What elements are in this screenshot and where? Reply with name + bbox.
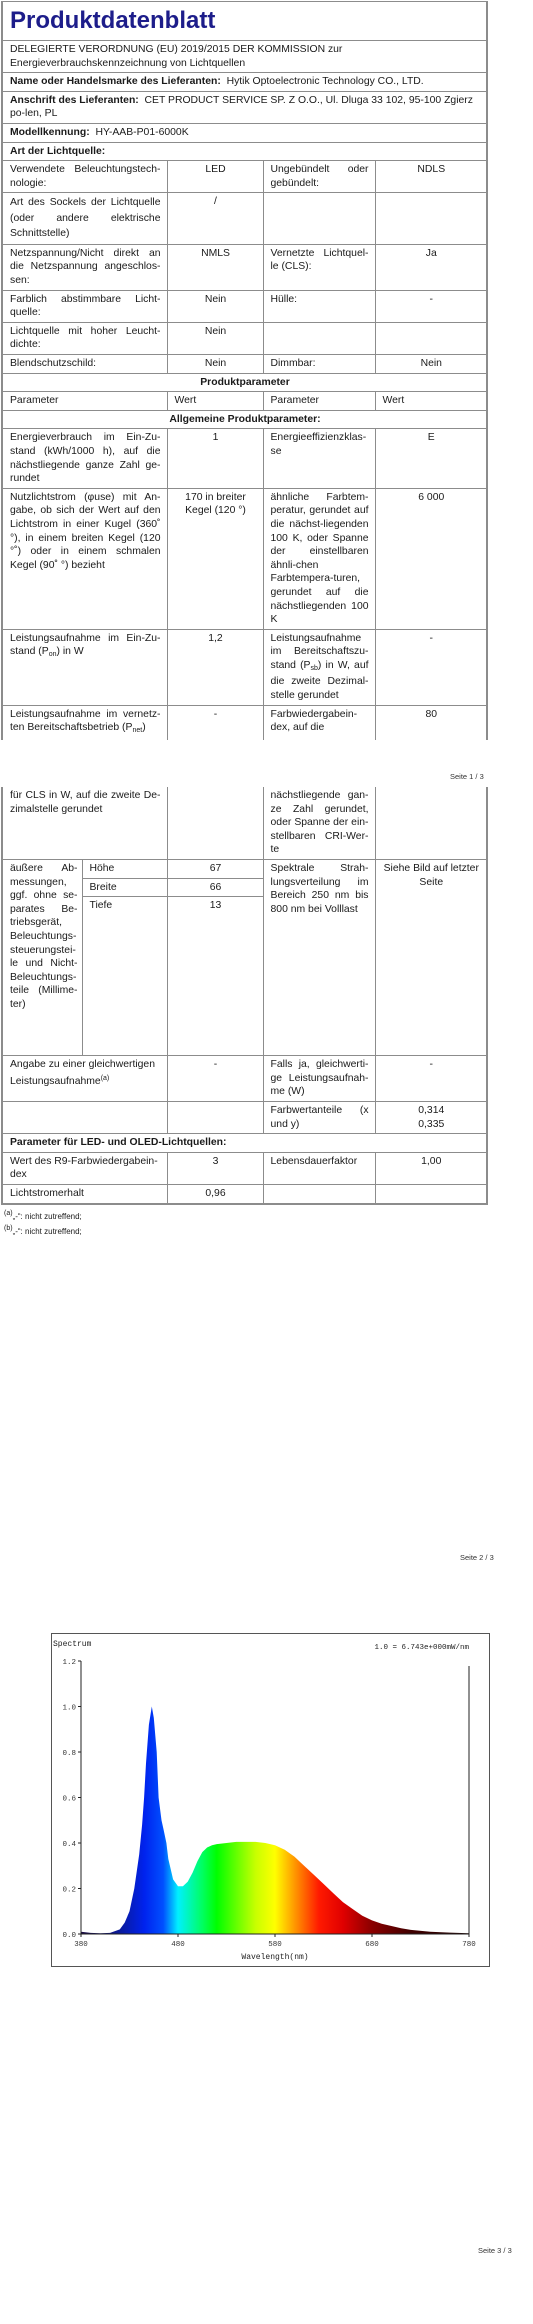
param-cell: nächstliegende gan-ze Zahl gerundet, ode… bbox=[263, 787, 375, 859]
value-cell: NMLS bbox=[167, 244, 263, 290]
section-led-parameters: Parameter für LED- und OLED-Lichtquellen… bbox=[2, 1134, 487, 1153]
section-general-parameters: Allgemeine Produktparameter: bbox=[2, 410, 487, 429]
param-row: für CLS in W, auf die zweite De-zimalste… bbox=[2, 787, 487, 859]
param-cell: Energieeffizienzklas-se bbox=[263, 429, 375, 488]
param-cell: Spektrale Strah-lungsverteilung im Berei… bbox=[263, 859, 375, 1055]
value-cell: 0,96 bbox=[167, 1184, 263, 1203]
param-cell: Lichtquelle mit hoher Leucht-dichte: bbox=[2, 322, 167, 354]
regulation-line-2: Energieverbrauchskennzeichnung von Licht… bbox=[10, 57, 480, 71]
datasheet-table-page-2: für CLS in W, auf die zweite De-zimalste… bbox=[1, 787, 488, 1205]
dimension-name: Breite bbox=[82, 878, 167, 897]
x-tick-label: 380 bbox=[74, 1941, 88, 1949]
supplier-address-label: Anschrift des Lieferanten: bbox=[10, 95, 139, 106]
value-cell: 3 bbox=[167, 1152, 263, 1184]
light-source-row: Blendschutzschild: Nein Dimmbar: Nein bbox=[2, 355, 487, 374]
value-cell: Nein bbox=[167, 290, 263, 322]
value-cell bbox=[375, 193, 487, 245]
page-2: für CLS in W, auf die zweite De-zimalste… bbox=[0, 787, 533, 1238]
param-cell bbox=[263, 322, 375, 354]
param-cell: Hülle: bbox=[263, 290, 375, 322]
y-tick-label: 0.0 bbox=[62, 1932, 76, 1940]
param-row: Leistungsaufnahme im Ein-Zu-stand (Pon) … bbox=[2, 629, 487, 705]
value-cell bbox=[167, 787, 263, 859]
param-row: Nutzlichtstrom (φuse) mit An-gabe, ob si… bbox=[2, 488, 487, 629]
value-cell: 1,00 bbox=[375, 1152, 487, 1184]
value-cell: - bbox=[375, 290, 487, 322]
supplier-name-value: Hytik Optoelectronic Technology CO., LTD… bbox=[227, 76, 424, 87]
param-cell: Leistungsaufnahme im Ein-Zu-stand (Pon) … bbox=[2, 629, 167, 705]
param-cell: Vernetzte Lichtquel-le (CLS): bbox=[263, 244, 375, 290]
value-cell: Nein bbox=[167, 355, 263, 374]
y-tick-label: 0.4 bbox=[62, 1841, 76, 1849]
value-cell: Ja bbox=[375, 244, 487, 290]
footnote-b: (b)„-“: nicht zutreffend; bbox=[4, 1223, 533, 1238]
value-cell: 0,314 0,335 bbox=[375, 1101, 487, 1133]
param-cell: Falls ja, gleichwerti-ge Leistungsaufnah… bbox=[263, 1056, 375, 1102]
y-tick-label: 1.2 bbox=[62, 1659, 76, 1667]
param-cell: Wert des R9-Farbwiedergabein-dex bbox=[2, 1152, 167, 1184]
param-cell bbox=[263, 1184, 375, 1203]
x-axis-label: Wavelength(nm) bbox=[241, 1953, 308, 1962]
light-source-row: Netzspannung/Nicht direkt an die Netzspa… bbox=[2, 244, 487, 290]
model-label: Modellkennung: bbox=[10, 127, 90, 138]
value-cell bbox=[375, 787, 487, 859]
value-cell bbox=[167, 1101, 263, 1133]
param-cell: Art des Sockels der Lichtquelle (oder an… bbox=[2, 193, 167, 245]
table-header-row: Parameter Wert Parameter Wert bbox=[2, 392, 487, 411]
param-cell: Farblich abstimmbare Licht-quelle: bbox=[2, 290, 167, 322]
value-cell bbox=[375, 322, 487, 354]
x-tick-label: 780 bbox=[462, 1941, 476, 1949]
param-row: Wert des R9-Farbwiedergabein-dex 3 Leben… bbox=[2, 1152, 487, 1184]
dimensions-row: äußere Ab-messungen, ggf. ohne se-parate… bbox=[2, 859, 487, 878]
section-product-parameters: Produktparameter bbox=[2, 373, 487, 392]
light-source-row: Lichtquelle mit hoher Leucht-dichte: Nei… bbox=[2, 322, 487, 354]
param-cell bbox=[263, 193, 375, 245]
dimensions-label: äußere Ab-messungen, ggf. ohne se-parate… bbox=[2, 859, 82, 1055]
document-title: Produktdatenblatt bbox=[2, 2, 487, 41]
y-tick-label: 0.8 bbox=[62, 1750, 76, 1758]
dimension-name: Tiefe bbox=[82, 897, 167, 1056]
light-source-row: Verwendete Beleuchtungstech-nologie: LED… bbox=[2, 161, 487, 193]
param-cell: Farbwiedergabein-dex, auf die bbox=[263, 705, 375, 740]
model-value: HY-AAB-P01-6000K bbox=[95, 127, 188, 138]
supplier-address-row: Anschrift des Lieferanten: CET PRODUCT S… bbox=[2, 91, 487, 123]
dimension-value: 66 bbox=[167, 878, 263, 897]
footnote-a: (a)„-“: nicht zutreffend; bbox=[4, 1208, 533, 1223]
chart-title: Spectrum bbox=[53, 1640, 92, 1649]
x-tick-label: 580 bbox=[268, 1941, 282, 1949]
light-source-type-label: Art der Lichtquelle: bbox=[2, 142, 487, 161]
page-number-2: Seite 2 / 3 bbox=[460, 1553, 494, 1562]
y-tick-label: 1.0 bbox=[62, 1705, 76, 1713]
page-number-1: Seite 1 / 3 bbox=[450, 772, 484, 781]
spectrum-area bbox=[81, 1707, 469, 1935]
value-cell: Nein bbox=[375, 355, 487, 374]
page-number-3: Seite 3 / 3 bbox=[478, 2246, 512, 2255]
supplier-name-row: Name oder Handelsmarke des Lieferanten: … bbox=[2, 73, 487, 92]
value-cell: - bbox=[167, 705, 263, 740]
param-cell: Lichtstromerhalt bbox=[2, 1184, 167, 1203]
light-source-row: Farblich abstimmbare Licht-quelle: Nein … bbox=[2, 290, 487, 322]
value-cell: LED bbox=[167, 161, 263, 193]
header-value: Wert bbox=[167, 392, 263, 411]
param-cell: für CLS in W, auf die zweite De-zimalste… bbox=[2, 787, 167, 859]
value-cell: 170 in breiter Kegel (120 °) bbox=[167, 488, 263, 629]
chromaticity-x: 0,314 bbox=[383, 1104, 481, 1118]
param-row: Leistungsaufnahme im vernetz-ten Bereits… bbox=[2, 705, 487, 740]
light-source-row: Art des Sockels der Lichtquelle (oder an… bbox=[2, 193, 487, 245]
value-cell bbox=[375, 1184, 487, 1203]
value-cell: E bbox=[375, 429, 487, 488]
value-cell: 1 bbox=[167, 429, 263, 488]
value-cell: Nein bbox=[167, 322, 263, 354]
chart-annotation: 1.0 = 6.743e+000mW/nm bbox=[374, 1644, 469, 1652]
header-value: Wert bbox=[375, 392, 487, 411]
regulation-text: DELEGIERTE VERORDNUNG (EU) 2019/2015 DER… bbox=[2, 41, 487, 73]
regulation-line-1: DELEGIERTE VERORDNUNG (EU) 2019/2015 DER… bbox=[10, 43, 480, 57]
value-cell: 80 bbox=[375, 705, 487, 740]
param-row: Farbwertanteile (x und y) 0,314 0,335 bbox=[2, 1101, 487, 1133]
value-cell: - bbox=[375, 1056, 487, 1102]
value-cell: - bbox=[167, 1056, 263, 1102]
param-cell: Nutzlichtstrom (φuse) mit An-gabe, ob si… bbox=[2, 488, 167, 629]
param-row: Energieverbrauch im Ein-Zu-stand (kWh/10… bbox=[2, 429, 487, 488]
spectrum-chart: 0.00.20.40.60.81.01.2380480580680780Spec… bbox=[52, 1634, 489, 1966]
param-cell: Farbwertanteile (x und y) bbox=[263, 1101, 375, 1133]
dimension-value: 13 bbox=[167, 897, 263, 1056]
value-cell: Siehe Bild auf letzter Seite bbox=[375, 859, 487, 1055]
param-cell: Netzspannung/Nicht direkt an die Netzspa… bbox=[2, 244, 167, 290]
spectrum-chart-frame: 0.00.20.40.60.81.01.2380480580680780Spec… bbox=[51, 1633, 490, 1967]
param-cell: Leistungsaufnahme im Bereitschaftszu-sta… bbox=[263, 629, 375, 705]
supplier-name-label: Name oder Handelsmarke des Lieferanten: bbox=[10, 76, 221, 87]
value-cell: 6 000 bbox=[375, 488, 487, 629]
param-cell: Angabe zu einer gleichwertigen Leistungs… bbox=[2, 1056, 167, 1102]
x-tick-label: 480 bbox=[171, 1941, 185, 1949]
param-row: Lichtstromerhalt 0,96 bbox=[2, 1184, 487, 1203]
param-cell: Verwendete Beleuchtungstech-nologie: bbox=[2, 161, 167, 193]
param-cell: Blendschutzschild: bbox=[2, 355, 167, 374]
param-cell: Lebensdauerfaktor bbox=[263, 1152, 375, 1184]
value-cell: / bbox=[167, 193, 263, 245]
value-cell: 1,2 bbox=[167, 629, 263, 705]
chromaticity-y: 0,335 bbox=[383, 1118, 481, 1132]
param-cell bbox=[2, 1101, 167, 1133]
model-row: Modellkennung: HY-AAB-P01-6000K bbox=[2, 123, 487, 142]
page-1: Produktdatenblatt DELEGIERTE VERORDNUNG … bbox=[0, 1, 533, 740]
value-cell: NDLS bbox=[375, 161, 487, 193]
x-tick-label: 680 bbox=[365, 1941, 379, 1949]
dimension-value: 67 bbox=[167, 859, 263, 878]
param-cell: Ungebündelt oder gebündelt: bbox=[263, 161, 375, 193]
param-cell: Leistungsaufnahme im vernetz-ten Bereits… bbox=[2, 705, 167, 740]
y-tick-label: 0.2 bbox=[62, 1887, 76, 1895]
dimension-name: Höhe bbox=[82, 859, 167, 878]
y-tick-label: 0.6 bbox=[62, 1796, 76, 1804]
param-cell: ähnliche Farbtem-peratur, gerundet auf d… bbox=[263, 488, 375, 629]
param-row: Angabe zu einer gleichwertigen Leistungs… bbox=[2, 1056, 487, 1102]
param-cell: Dimmbar: bbox=[263, 355, 375, 374]
param-cell: Energieverbrauch im Ein-Zu-stand (kWh/10… bbox=[2, 429, 167, 488]
header-parameter: Parameter bbox=[263, 392, 375, 411]
datasheet-table-page-1: Produktdatenblatt DELEGIERTE VERORDNUNG … bbox=[1, 1, 488, 740]
value-cell: - bbox=[375, 629, 487, 705]
header-parameter: Parameter bbox=[2, 392, 167, 411]
